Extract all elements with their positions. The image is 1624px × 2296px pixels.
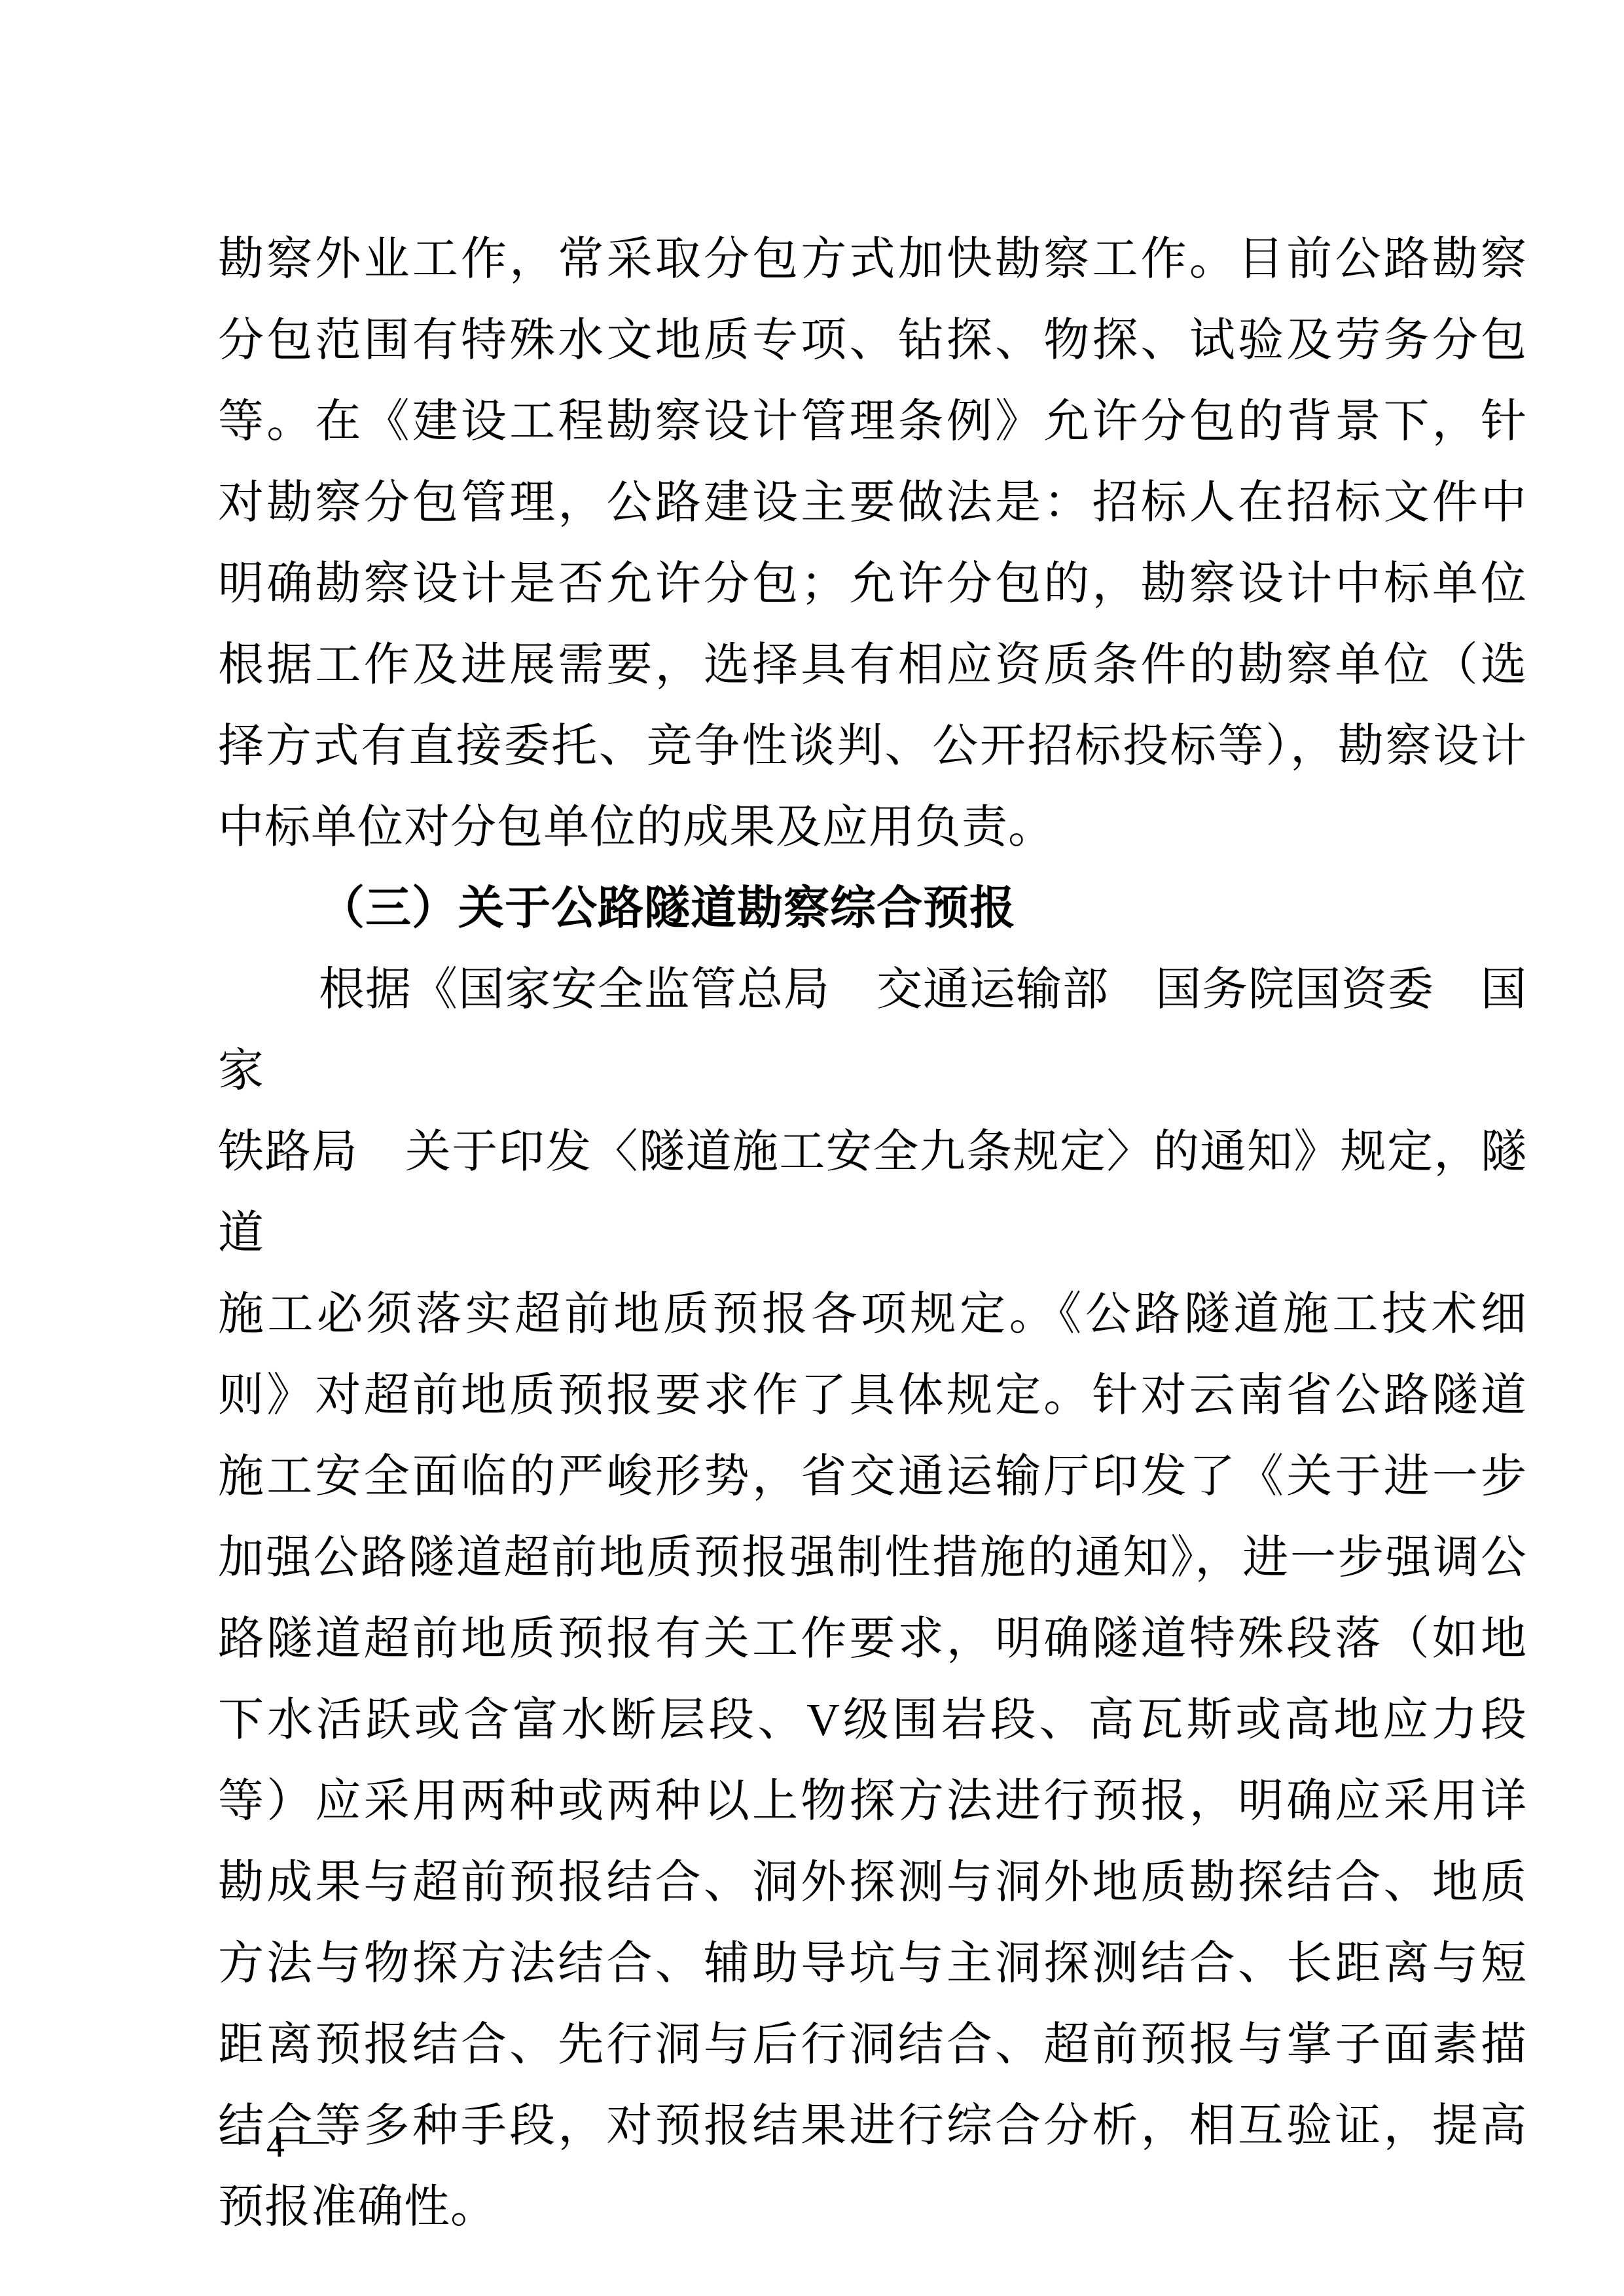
text-line: 中标单位对分包单位的成果及应用负责。 — [218, 787, 1527, 869]
text-line: 根据《国家安全监管总局 交通运输部 国务院国资委 国家 — [218, 950, 1527, 1112]
page-footer: － 4 － — [218, 2125, 334, 2164]
text-line: 预报准确性。 — [218, 2167, 1527, 2248]
section-heading: （三）关于公路隧道勘察综合预报 — [218, 869, 1527, 950]
page-number: － 4 － — [218, 2125, 334, 2165]
text-line: 施工必须落实超前地质预报各项规定。《公路隧道施工技术细 — [218, 1274, 1527, 1355]
text-line: 等。在《建设工程勘察设计管理条例》允许分包的背景下，针 — [218, 382, 1527, 463]
text-line: 勘察外业工作，常采取分包方式加快勘察工作。目前公路勘察 — [218, 219, 1527, 300]
document-content: 勘察外业工作，常采取分包方式加快勘察工作。目前公路勘察分包范围有特殊水文地质专项… — [218, 219, 1527, 2248]
text-line: 施工安全面临的严峻形势，省交通运输厅印发了《关于进一步 — [218, 1437, 1527, 1518]
text-line: 距离预报结合、先行洞与后行洞结合、超前预报与掌子面素描 — [218, 2005, 1527, 2086]
text-line: 分包范围有特殊水文地质专项、钻探、物探、试验及劳务分包 — [218, 300, 1527, 382]
paragraph: 勘察外业工作，常采取分包方式加快勘察工作。目前公路勘察分包范围有特殊水文地质专项… — [218, 219, 1527, 869]
paragraph: 根据《国家安全监管总局 交通运输部 国务院国资委 国家铁路局 关于印发〈隧道施工… — [218, 950, 1527, 2248]
document-page: 勘察外业工作，常采取分包方式加快勘察工作。目前公路勘察分包范围有特殊水文地质专项… — [0, 0, 1624, 2296]
text-line: 路隧道超前地质预报有关工作要求，明确隧道特殊段落（如地 — [218, 1599, 1527, 1680]
text-line: 择方式有直接委托、竞争性谈判、公开招标投标等），勘察设计 — [218, 706, 1527, 787]
text-line: 铁路局 关于印发〈隧道施工安全九条规定〉的通知》规定，隧道 — [218, 1112, 1527, 1274]
text-line: 等）应采用两种或两种以上物探方法进行预报，明确应采用详 — [218, 1761, 1527, 1842]
text-line: 方法与物探方法结合、辅助导坑与主洞探测结合、长距离与短 — [218, 1924, 1527, 2005]
text-line: 下水活跃或含富水断层段、V级围岩段、高瓦斯或高地应力段 — [218, 1680, 1527, 1761]
text-line: 则》对超前地质预报要求作了具体规定。针对云南省公路隧道 — [218, 1355, 1527, 1437]
text-line: 结合等多种手段，对预报结果进行综合分析，相互验证，提高 — [218, 2086, 1527, 2167]
text-line: 根据工作及进展需要，选择具有相应资质条件的勘察单位（选 — [218, 625, 1527, 706]
text-line: 勘成果与超前预报结合、洞外探测与洞外地质勘探结合、地质 — [218, 1842, 1527, 1924]
text-line: 对勘察分包管理，公路建设主要做法是：招标人在招标文件中 — [218, 463, 1527, 544]
text-line: （三）关于公路隧道勘察综合预报 — [218, 869, 1527, 950]
text-line: 加强公路隧道超前地质预报强制性措施的通知》，进一步强调公 — [218, 1518, 1527, 1599]
text-line: 明确勘察设计是否允许分包；允许分包的，勘察设计中标单位 — [218, 544, 1527, 625]
